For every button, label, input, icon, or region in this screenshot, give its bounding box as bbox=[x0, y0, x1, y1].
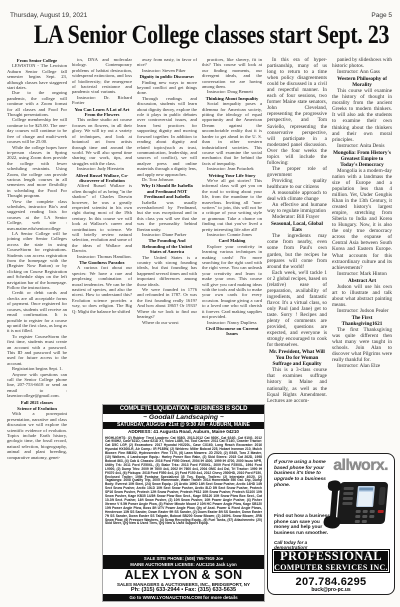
article-paragraph: Due to the ongoing pandemic, the college… bbox=[7, 90, 67, 117]
article-column-6: panied by slideshows with historic photo… bbox=[332, 57, 392, 448]
article-paragraph: Instructor: Steven Piker bbox=[137, 68, 197, 73]
article-paragraph: ics, DNA and molecular biology. Contempo… bbox=[72, 57, 132, 95]
article-paragraph: Instructor: Jean Potuchek bbox=[202, 166, 262, 171]
article-paragraph: This course will examine the history of … bbox=[332, 88, 392, 142]
article-paragraph: View the complete class schedules, instr… bbox=[7, 199, 67, 231]
course-title: The Founding And Refounding of the Unite… bbox=[137, 238, 197, 254]
auctioneer-name: ALEX LYON & SON bbox=[103, 569, 264, 582]
article-paragraph: The proper role of government bbox=[267, 166, 327, 178]
article-paragraph: Instructor: Judy Hierstein bbox=[72, 166, 132, 171]
page-number: Page 5 bbox=[371, 12, 392, 19]
article-paragraph: panied by slideshows with historic photo… bbox=[332, 57, 392, 69]
auction-highlights-text: HIGHLIGHTS: (2) Rubber Tired Loaders: Ca… bbox=[103, 436, 264, 556]
article-paragraph: Instructor: Thomas Hamilton. bbox=[72, 254, 132, 259]
advertiser-name-line1: PROFESSIONAL bbox=[272, 550, 390, 563]
article-paragraph: Finding new ways to move beyond conflict… bbox=[137, 80, 197, 96]
article-paragraph: The ingredients may come from nearby, ev… bbox=[267, 233, 327, 269]
article-paragraph: LA Senior College will be joining other … bbox=[7, 231, 67, 290]
course-title: Mr. President, What Will You Do for Woma… bbox=[267, 349, 327, 367]
article-paragraph: away from nasty, in favor of nice? bbox=[137, 57, 197, 68]
course-title: Seasonal, Local, Global Eats bbox=[267, 221, 327, 233]
course-title: The First Thanksgiving1621 bbox=[332, 315, 392, 327]
article-paragraph: Instructor: Dr. Richard Fortier bbox=[72, 95, 132, 106]
article-paragraph: While the college hopes have in-person c… bbox=[7, 145, 67, 199]
article-paragraph: Instructor: Mark Hinton bbox=[332, 271, 392, 277]
auction-license: MAINE AUCTIONEER LICENSE: AUC1216 Jack L… bbox=[103, 562, 264, 568]
article-paragraph: Each week, we'll tackle 1 or 2 global re… bbox=[267, 270, 327, 349]
article-paragraph: Instructor: Nancy Dupliess bbox=[202, 320, 262, 325]
auction-ad: COMPLETE LIQUIDATION • BUSINESS IS SOLD … bbox=[102, 404, 265, 602]
article-paragraph: Providing quality healthcare to our citi… bbox=[267, 178, 327, 190]
article-paragraph: In this era of hyper-partisanship, many … bbox=[267, 57, 327, 166]
article-paragraph: Instructor: Anita Denis bbox=[332, 143, 392, 149]
article-paragraph: We were founded in 1776 and refounded in… bbox=[137, 287, 197, 319]
article-paragraph: Explore your creativity in learning vari… bbox=[202, 244, 262, 320]
allworx-logo: allworx. bbox=[333, 457, 388, 475]
auctioneer-contact: Ph: (315) 633-2944 • Fax: (315) 633-5635 bbox=[103, 587, 264, 594]
article-paragraph: Alfred Russel Wallace is often thought o… bbox=[72, 183, 132, 253]
article-paragraph: With a powerpoint presentation, narrativ… bbox=[7, 411, 67, 460]
article-paragraph: This is a 3-class course that examines s… bbox=[267, 367, 327, 403]
article-paragraph: Credit or debit cards and checks are all… bbox=[7, 290, 67, 333]
article-paragraph: A reasonable approach to deal with clima… bbox=[267, 190, 327, 202]
article-column-2: ics, DNA and molecular biology. Contempo… bbox=[72, 57, 132, 404]
auction-date-banner: SATURDAY, AUGUST 21st @ 9:30 AM - AUBURN… bbox=[103, 422, 264, 430]
article-paragraph: Mongolia is a modern-day nation with a l… bbox=[332, 168, 392, 271]
article-column-1: From Senior CollegeLEWISTON - The Lewist… bbox=[7, 57, 67, 602]
date-label: Thursday, August 19, 2021 bbox=[10, 12, 87, 19]
article-paragraph: Instructor: Connie Jones bbox=[202, 232, 262, 237]
course-title: Dignity in public Discourse: bbox=[137, 74, 197, 79]
course-title: Civil Discourse on Current Issues bbox=[202, 326, 262, 337]
auctioneer-website-bar: Go to WWW.LYONAUCTION.COM for more detai… bbox=[103, 594, 264, 601]
allworx-phone-ad: If you're using a home based phone for y… bbox=[267, 453, 395, 595]
advertiser-name-bar: PROFESSIONAL COMPUTER SERVICES INC. bbox=[272, 549, 390, 573]
auction-business-name: ~ Goodall Landscaping ~ bbox=[103, 414, 264, 422]
article-paragraph: Anyone with questions can call the Senio… bbox=[7, 372, 67, 399]
article-paragraph: An effective and humane way to regulate … bbox=[267, 202, 327, 214]
article-paragraph: The United States is a country with stro… bbox=[137, 255, 197, 287]
article-paragraph: Instructor: Alan Elze bbox=[332, 363, 392, 369]
course-title: You Can Learn A Lot of Art From the Flow… bbox=[72, 107, 132, 118]
article-paragraph: College membership fee will continue to … bbox=[7, 117, 67, 144]
article-paragraph: This online studio art course focuses on… bbox=[72, 117, 132, 166]
article-paragraph: Instructor: Doug Bennett bbox=[202, 89, 262, 94]
advertiser-name-line2: COMPUTER SERVICES INC. bbox=[272, 563, 390, 572]
page-title: LA Senior College classes start Sept. 23 bbox=[34, 20, 389, 50]
article-paragraph: Isabella was usually overshadowed by Fer… bbox=[137, 200, 197, 232]
course-title: Mongolia: From History's Greatest Empire… bbox=[332, 150, 392, 168]
article-paragraph: Social inequality poses a dilemma for Am… bbox=[202, 101, 262, 166]
course-title: Alfred Russel Wallace, Co-discoverer of … bbox=[72, 173, 132, 184]
article-paragraph: We've all got stories! This informal cla… bbox=[202, 178, 262, 232]
auction-ad-banner: COMPLETE LIQUIDATION • BUSINESS IS SOLD bbox=[103, 405, 264, 414]
article-paragraph: Registration begins Sept. 1. bbox=[7, 366, 67, 371]
article-paragraph: Instructor: Ann Gass bbox=[332, 69, 392, 75]
course-title: Western Philosophy of Morality bbox=[332, 76, 392, 88]
advertiser-email: buck@pro-pc.us bbox=[268, 587, 394, 593]
course-title: Fall 2021 classes bbox=[7, 400, 67, 405]
article-column-4: practices, like slavery, fit in this? Th… bbox=[202, 57, 262, 404]
article-paragraph: Instructor: Diane Parker bbox=[137, 232, 197, 237]
headline-row: LA Senior College classes start Sept. 23 bbox=[0, 20, 400, 50]
article-paragraph: LEWISTON - The Lewiston Auburn Senior Co… bbox=[7, 63, 67, 90]
article-paragraph: The first Thanksgiving was quite differe… bbox=[332, 327, 392, 363]
article-paragraph: Moderator: Bill Frayer bbox=[267, 214, 327, 220]
article-paragraph: Where do our worst bbox=[137, 320, 197, 325]
article-paragraph: Judson will use his own art to illustrat… bbox=[332, 284, 392, 308]
article-paragraph: practices, like slavery, fit in this? Th… bbox=[202, 57, 262, 89]
auction-sale-phone-bar: SALE SITE PHONE: (508) 765-7919 Joe MAIN… bbox=[103, 555, 264, 568]
article-column-5: In this era of hyper-partisanship, many … bbox=[267, 57, 327, 448]
article-paragraph: Instructor: Judson Pealer bbox=[332, 308, 392, 314]
course-title: Why It Should Be Isabella and Ferdinand … bbox=[137, 183, 197, 199]
masthead: Thursday, August 19, 2021 Page 5 bbox=[10, 12, 392, 19]
article-paragraph: Dr. Tora Johnson bbox=[137, 177, 197, 182]
phone-ad-body: Find out how a business phone can save y… bbox=[274, 514, 336, 536]
article-paragraph: A curious fact about our species: We hav… bbox=[72, 265, 132, 314]
article-column-3: away from nasty, in favor of nice?Instru… bbox=[137, 57, 197, 404]
article-paragraph: Through readings and discussion, student… bbox=[137, 96, 197, 177]
article-paragraph: To register CourseStorm the first time, … bbox=[7, 334, 67, 366]
